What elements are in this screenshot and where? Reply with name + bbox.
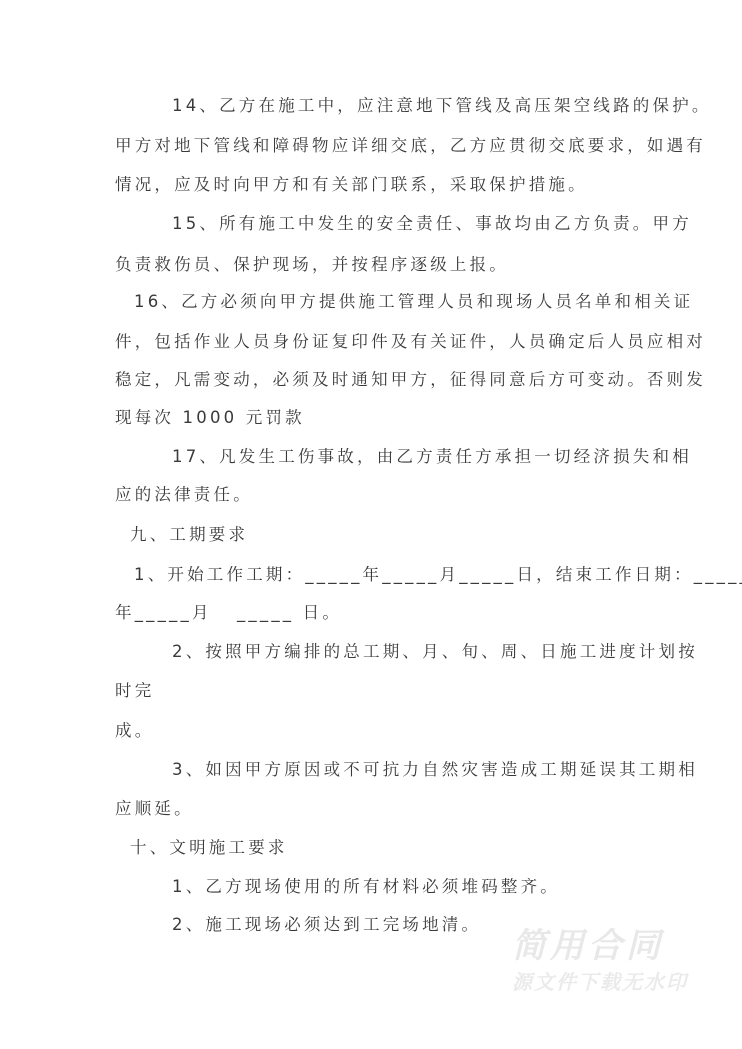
document-page: 14、乙方在施工中，应注意地下管线及高压架空线路的保护。 甲方对地下管线和障碍物… <box>0 0 742 1049</box>
item-9-1-line-1: 1、开始工作工期：_____年_____月_____日，结束工作日期：_____ <box>134 565 742 585</box>
clause-16-line-2: 件，包括作业人员身份证复印件及有关证件，人员确定后人员应相对 <box>115 332 706 352</box>
item-9-3-line-2: 应顺延。 <box>115 799 194 819</box>
item-9-2-line-1: 2、按照甲方编排的总工期、月、旬、周、日施工进度计划按 <box>172 642 698 662</box>
clause-17-line-2: 应的法律责任。 <box>115 485 253 505</box>
clause-17-line-1: 17、凡发生工伤事故，由乙方责任方承担一切经济损失和相 <box>172 447 692 467</box>
clause-15-line-1: 15、所有施工中发生的安全责任、事故均由乙方负责。甲方 <box>172 214 692 234</box>
item-9-3-line-1: 3、如因甲方原因或不可抗力自然灾害造成工期延误其工期相 <box>172 760 698 780</box>
clause-15-line-2: 负责救伤员、保护现场，并按程序逐级上报。 <box>115 255 509 275</box>
section-10-heading: 十、文明施工要求 <box>130 838 288 858</box>
clause-16-line-4: 现每次 1000 元罚款 <box>115 408 305 428</box>
watermark-title: 简用合同 <box>512 918 664 967</box>
clause-14-line-2: 甲方对地下管线和障碍物应详细交底，乙方应贯彻交底要求，如遇有 <box>115 136 706 156</box>
item-9-2-line-3: 成。 <box>115 721 154 741</box>
watermark-subtitle: 源文件下载无水印 <box>512 966 688 995</box>
clause-16-line-3: 稳定，凡需变动，必须及时通知甲方，征得同意后方可变动。否则发 <box>115 370 706 390</box>
clause-14-line-1: 14、乙方在施工中，应注意地下管线及高压架空线路的保护。 <box>172 96 712 116</box>
item-9-2-line-2: 时完 <box>115 681 154 701</box>
item-9-1-line-2: 年_____月 _____ 日。 <box>115 603 342 623</box>
item-10-2: 2、施工现场必须达到工完场地清。 <box>172 915 481 935</box>
clause-14-line-3: 情况，应及时向甲方和有关部门联系，采取保护措施。 <box>115 175 588 195</box>
section-9-heading: 九、工期要求 <box>130 525 248 545</box>
item-10-1: 1、乙方现场使用的所有材料必须堆码整齐。 <box>172 877 560 897</box>
clause-16-line-1: 16、乙方必须向甲方提供施工管理人员和现场人员名单和相关证 <box>134 292 693 312</box>
